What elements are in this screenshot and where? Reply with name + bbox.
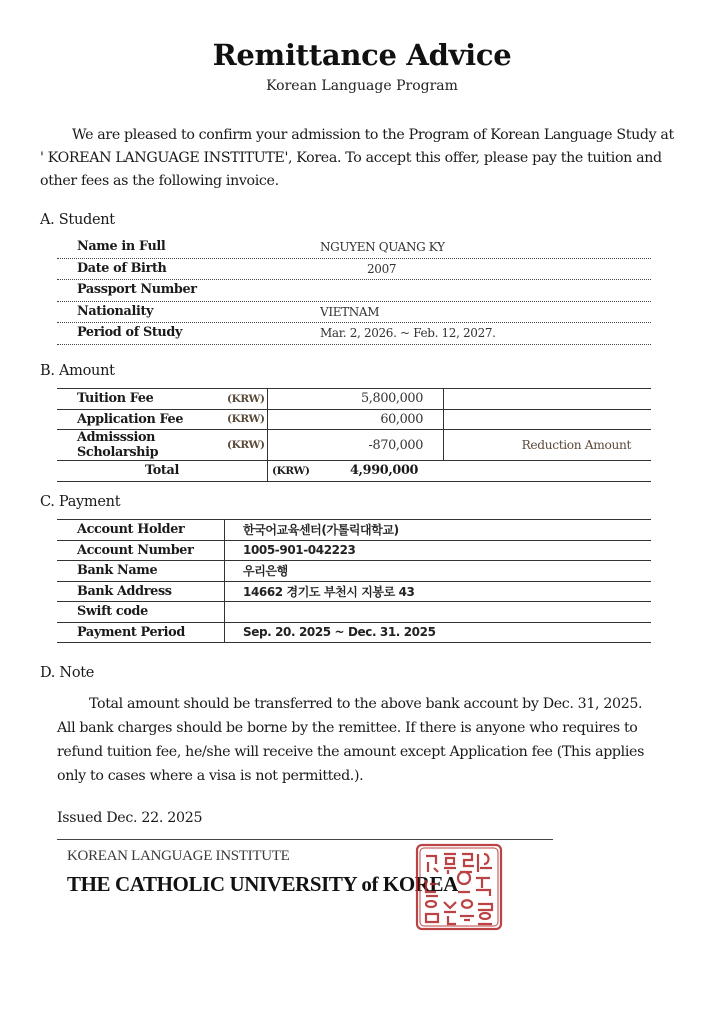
payment-label: Account Holder [57, 520, 225, 541]
signature-divider [57, 839, 553, 840]
amount-value: -870,000 [268, 430, 444, 461]
payment-label: Payment Period [57, 622, 225, 643]
payment-row-bank-address: Bank Address 14662 경기도 부천시 지봉로 43 [57, 581, 651, 602]
student-row-passport: Passport Number [57, 280, 651, 302]
payment-table: Account Holder 한국어교육센터(가톨릭대학교) Account N… [57, 519, 651, 643]
payment-value: 1005-901-042223 [225, 540, 652, 561]
field-label: Passport Number [77, 282, 197, 297]
institute-name: KOREAN LANGUAGE INSTITUTE [67, 848, 289, 865]
field-label: Period of Study [77, 325, 182, 340]
payment-row-account-number: Account Number 1005-901-042223 [57, 540, 651, 561]
currency-label: (KRW) [227, 430, 268, 461]
note-paragraph: Total amount should be transferred to th… [57, 692, 657, 788]
payment-value: 우리은행 [225, 561, 652, 582]
university-name: THE CATHOLIC UNIVERSITY of KOREA [67, 872, 458, 897]
document-subtitle: Korean Language Program [0, 78, 724, 94]
note-text: Total amount should be transferred to th… [57, 696, 644, 784]
total-currency: (KRW) [268, 465, 350, 477]
payment-row-period: Payment Period Sep. 20. 2025 ~ Dec. 31. … [57, 622, 651, 643]
amount-remark [444, 409, 652, 430]
field-value: Mar. 2, 2026. ~ Feb. 12, 2027. [320, 326, 496, 340]
student-row-dob: Date of Birth 2007 [57, 259, 651, 281]
amount-remark: Reduction Amount [444, 430, 652, 461]
payment-label: Bank Name [57, 561, 225, 582]
field-value: VIETNAM [320, 305, 379, 319]
amount-row-total: Total (KRW)4,990,000 [57, 461, 651, 482]
amount-label: Admisssion Scholarship [57, 430, 227, 461]
document-title: Remittance Advice [0, 38, 724, 72]
payment-label: Swift code [57, 602, 225, 623]
field-label: Date of Birth [77, 261, 166, 276]
amount-row-tuition: Tuition Fee (KRW) 5,800,000 [57, 389, 651, 410]
section-heading-payment: C. Payment [40, 494, 120, 510]
field-label: Nationality [77, 304, 153, 319]
currency-label: (KRW) [227, 409, 268, 430]
payment-value [225, 602, 652, 623]
payment-label: Account Number [57, 540, 225, 561]
total-label: Total [57, 461, 268, 482]
field-value: NGUYEN QUANG KY [320, 240, 445, 254]
section-heading-amount: B. Amount [40, 363, 115, 379]
amount-label: Tuition Fee [57, 389, 227, 410]
total-cell: (KRW)4,990,000 [268, 461, 652, 482]
currency-label: (KRW) [227, 389, 268, 410]
section-heading-note: D. Note [40, 665, 94, 681]
student-table: Name in Full NGUYEN QUANG KY Date of Bir… [57, 237, 651, 345]
amount-remark [444, 389, 652, 410]
issued-date: Issued Dec. 22. 2025 [57, 810, 202, 826]
payment-row-holder: Account Holder 한국어교육센터(가톨릭대학교) [57, 520, 651, 541]
payment-label: Bank Address [57, 581, 225, 602]
amount-row-scholarship: Admisssion Scholarship (KRW) -870,000 Re… [57, 430, 651, 461]
student-row-nationality: Nationality VIETNAM [57, 302, 651, 324]
payment-value: 한국어교육센터(가톨릭대학교) [225, 520, 652, 541]
total-value: 4,990,000 [350, 463, 418, 478]
field-value: 2007 [367, 262, 396, 276]
amount-value: 60,000 [268, 409, 444, 430]
official-seal-icon [414, 842, 504, 932]
amount-row-application: Application Fee (KRW) 60,000 [57, 409, 651, 430]
intro-paragraph: We are pleased to confirm your admission… [40, 124, 680, 193]
student-row-name: Name in Full NGUYEN QUANG KY [57, 237, 651, 259]
section-heading-student: A. Student [40, 212, 115, 228]
payment-row-swift: Swift code [57, 602, 651, 623]
student-row-period: Period of Study Mar. 2, 2026. ~ Feb. 12,… [57, 323, 651, 345]
intro-text: We are pleased to confirm your admission… [40, 127, 674, 189]
amount-table: Tuition Fee (KRW) 5,800,000 Application … [57, 388, 651, 482]
amount-label: Application Fee [57, 409, 227, 430]
field-label: Name in Full [77, 239, 165, 254]
payment-row-bank-name: Bank Name 우리은행 [57, 561, 651, 582]
amount-value: 5,800,000 [268, 389, 444, 410]
payment-value: Sep. 20. 2025 ~ Dec. 31. 2025 [225, 622, 652, 643]
payment-value: 14662 경기도 부천시 지봉로 43 [225, 581, 652, 602]
